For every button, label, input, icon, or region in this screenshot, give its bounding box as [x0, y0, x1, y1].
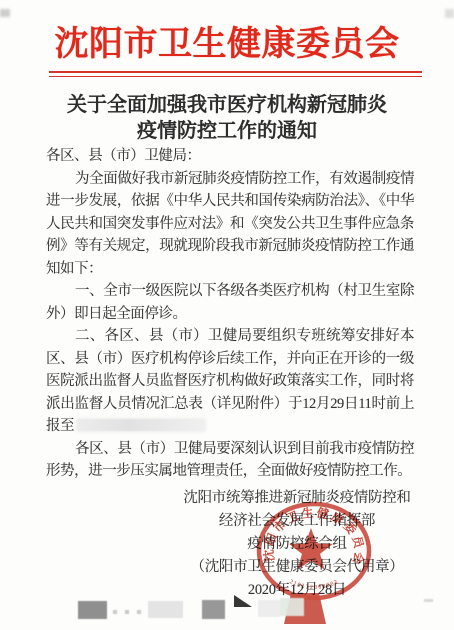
redaction-block — [202, 600, 225, 619]
redaction-block — [258, 600, 280, 617]
paragraph-1: 为全面做好我市新冠肺炎疫情防控工作，有效遏制疫情进一步发展，依据《中华人民共和国… — [46, 168, 414, 281]
salutation: 各区、县（市）卫健局： — [46, 145, 414, 168]
signature-block: 沈阳市统筹推进新冠肺炎疫情防控和 经济社会发展工作指挥部 疫情防控综合组 （沈阳… — [117, 487, 454, 602]
notice-title-line2: 疫情防控工作的通知 — [137, 120, 317, 142]
notice-title: 关于全面加强我市医疗机构新冠肺炎 疫情防控工作的通知 — [0, 92, 454, 144]
paragraph-3: 二、各区、县（市）卫健局要组织专班统筹安排好本区、县（市）医疗机构停诊后续工作，… — [46, 325, 414, 438]
redacted-text-block — [77, 419, 205, 431]
edge-mark — [424, 599, 433, 602]
signature-line-2: 经济社会发展工作指挥部 — [117, 510, 454, 533]
signature-line-1: 沈阳市统筹推进新冠肺炎疫情防控和 — [117, 487, 454, 510]
letterhead-title: 沈阳市卫生健康委员会 — [0, 16, 454, 65]
signature-line-3: 疫情防控综合组 — [117, 533, 454, 556]
notice-body: 各区、县（市）卫健局： 为全面做好我市新冠肺炎疫情防控工作，有效遏制疫情进一步发… — [46, 145, 414, 483]
notice-title-line1: 关于全面加强我市医疗机构新冠肺炎 — [67, 94, 387, 116]
paragraph-4: 各区、县（市）卫健局要深刻认识到目前我市疫情防控形势，进一步压实属地管理责任，全… — [46, 438, 414, 483]
redaction-block — [148, 601, 183, 618]
document-page: 沈阳市卫生健康委员会 关于全面加强我市医疗机构新冠肺炎 疫情防控工作的通知 各区… — [0, 0, 454, 630]
letterhead-divider — [49, 71, 422, 77]
redaction-block — [280, 598, 304, 616]
paragraph-2: 一、全市一级医院以下各级各类医疗机构（村卫生室除外）即日起全面停诊。 — [46, 280, 414, 325]
signature-line-4: （沈阳市卫生健康委员会代用章） — [117, 556, 454, 579]
redaction-block — [78, 601, 107, 619]
